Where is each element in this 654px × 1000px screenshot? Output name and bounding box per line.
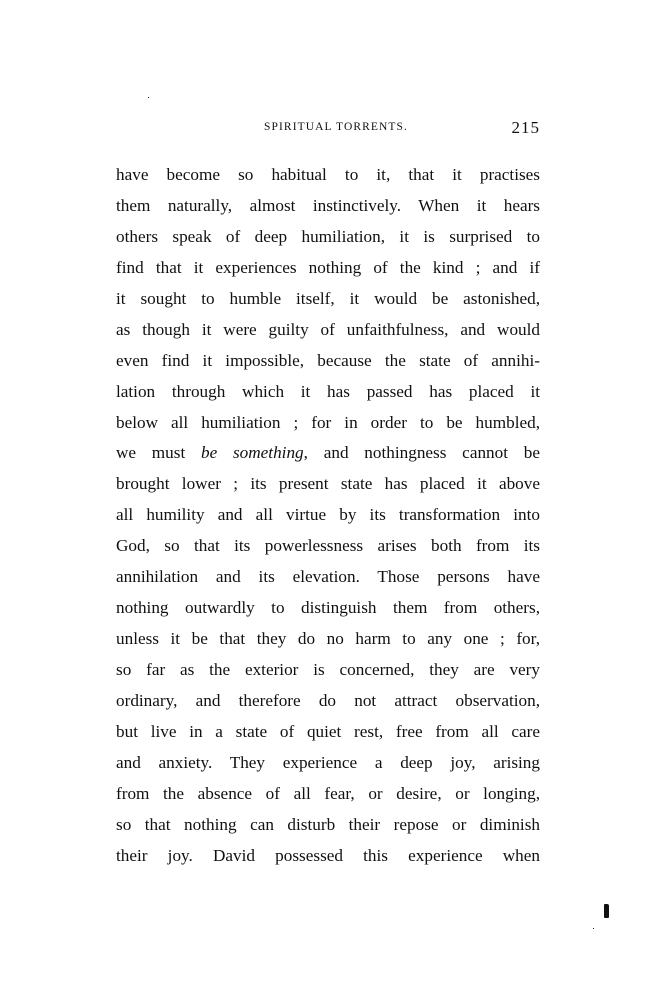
- text-line: below all humiliation ; for in order to …: [116, 408, 540, 439]
- text-line: as though it were guilty of unfaithfulne…: [116, 315, 540, 346]
- scan-speck: [593, 928, 594, 929]
- text-line: but live in a state of quiet rest, free …: [116, 717, 540, 748]
- scan-speck: [148, 97, 149, 98]
- text-line: so far as the exterior is concerned, the…: [116, 655, 540, 686]
- text-line: so that nothing can disturb their repose…: [116, 810, 540, 841]
- text-line: lation through which it has passed has p…: [116, 377, 540, 408]
- text-segment: , and nothingness cannot be: [304, 443, 540, 462]
- text-line: brought lower ; its present state has pl…: [116, 469, 540, 500]
- scan-artifact-mark: [604, 904, 609, 918]
- text-line: and anxiety. They experience a deep joy,…: [116, 748, 540, 779]
- text-line: ordinary, and therefore do not attract o…: [116, 686, 540, 717]
- text-line: unless it be that they do no harm to any…: [116, 624, 540, 655]
- running-title: SPIRITUAL TORRENTS.: [264, 121, 408, 133]
- italic-emphasis: be something: [201, 443, 304, 462]
- text-line: nothing outwardly to distinguish them fr…: [116, 593, 540, 624]
- text-line: it sought to humble itself, it would be …: [116, 284, 540, 315]
- text-line: have become so habitual to it, that it p…: [116, 160, 540, 191]
- text-line: from the absence of all fear, or desire,…: [116, 779, 540, 810]
- text-line: find that it experiences nothing of the …: [116, 253, 540, 284]
- text-line: annihilation and its elevation. Those pe…: [116, 562, 540, 593]
- body-text: have become so habitual to it, that it p…: [116, 160, 540, 872]
- text-line: God, so that its powerlessness arises bo…: [116, 531, 540, 562]
- text-line: their joy. David possessed this experien…: [116, 841, 540, 872]
- page-header: SPIRITUAL TORRENTS. 215: [116, 121, 540, 141]
- text-line: even find it impossible, because the sta…: [116, 346, 540, 377]
- text-segment: we must: [116, 443, 201, 462]
- text-line: we must be something, and nothingness ca…: [116, 438, 540, 469]
- text-line: them naturally, almost instinctively. Wh…: [116, 191, 540, 222]
- text-line: others speak of deep humiliation, it is …: [116, 222, 540, 253]
- page-number: 215: [512, 118, 541, 138]
- book-page: SPIRITUAL TORRENTS. 215 have become so h…: [0, 0, 654, 1000]
- text-line: all humility and all virtue by its trans…: [116, 500, 540, 531]
